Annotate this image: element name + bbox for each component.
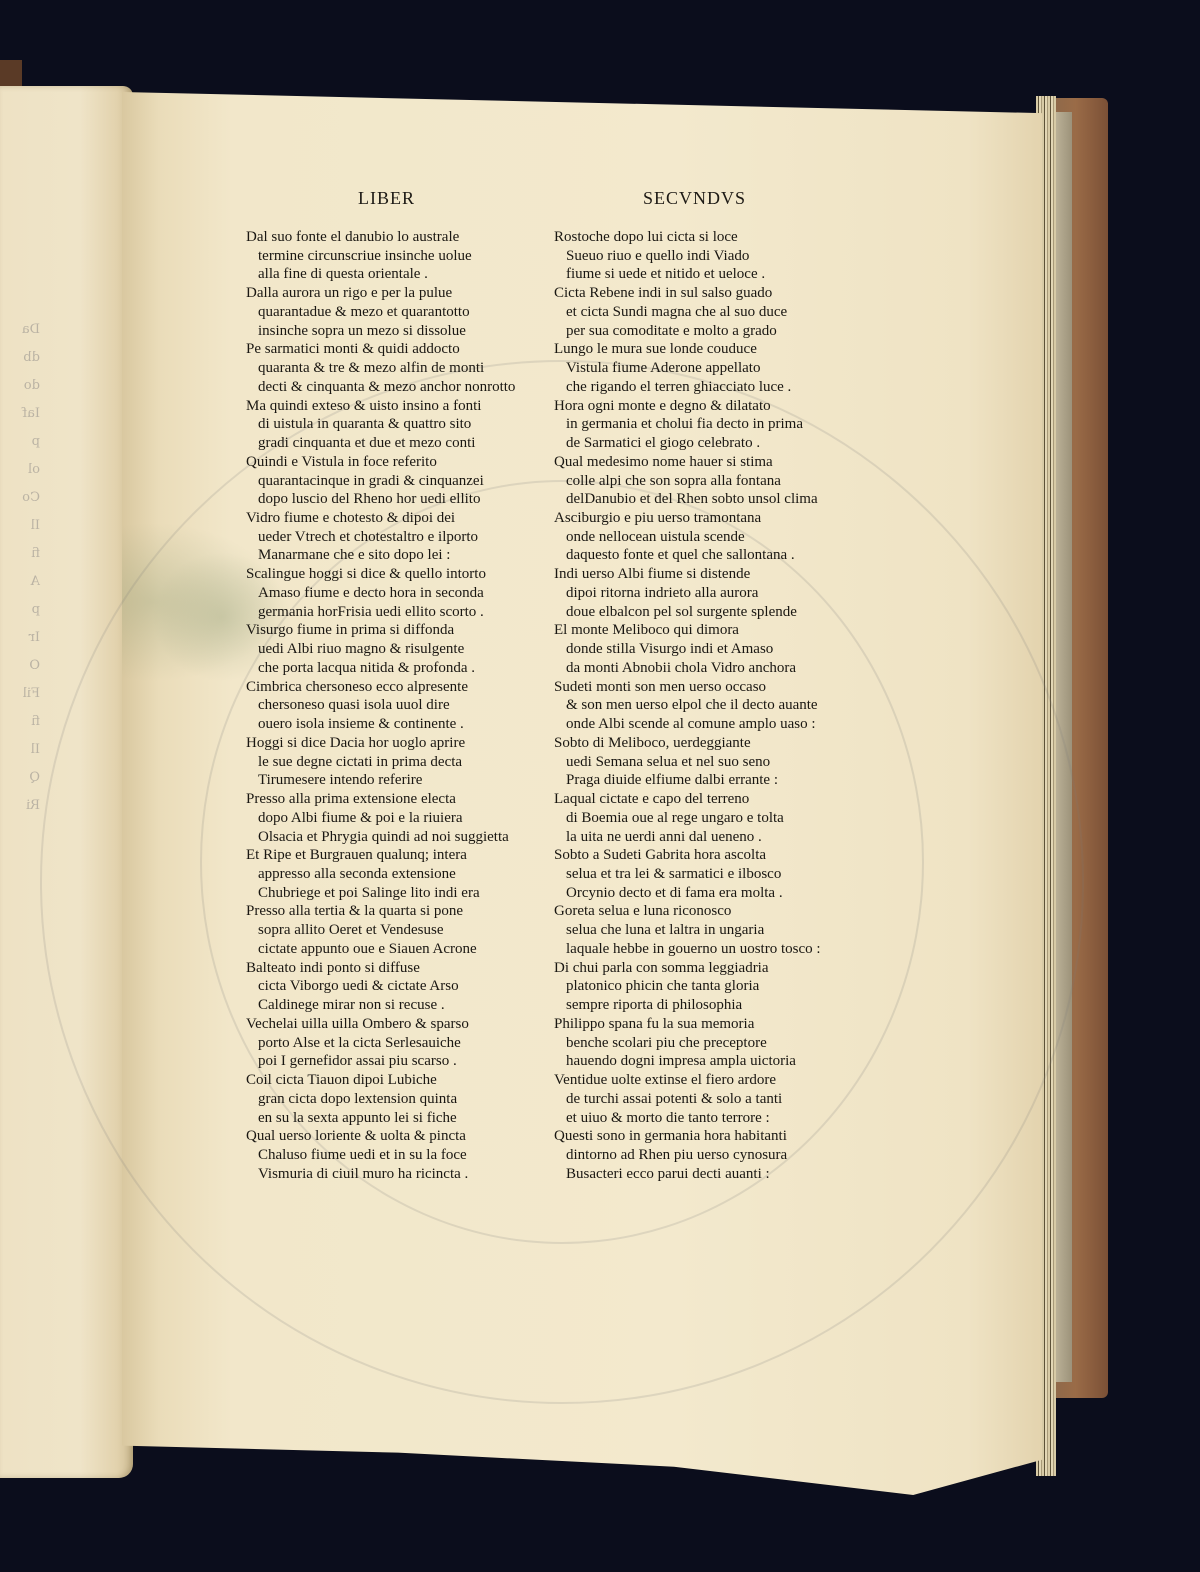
verse-line: chersoneso quasi isola uuol dire [246, 696, 536, 715]
ghost-letter: Il [0, 736, 40, 764]
ghost-letter: do [0, 372, 40, 400]
verse-line: la uita ne uerdi anni dal ueneno . [554, 828, 844, 847]
verse-line: Vismuria di ciuil muro ha ricincta . [246, 1165, 536, 1184]
ghost-letter: db [0, 344, 40, 372]
verse-line: et uiuo & morto die tanto terrore : [554, 1109, 844, 1128]
verse-line: benche scolari piu che preceptore [554, 1034, 844, 1053]
verse-line: di uistula in quaranta & quattro sito [246, 415, 536, 434]
right-cover-leather [1054, 98, 1108, 1398]
verse-line: Questi sono in germania hora habitanti [554, 1127, 844, 1146]
verse-line: doue elbalcon pel sol surgente splende [554, 603, 844, 622]
verse-line: Lungo le mura sue londe couduce [554, 340, 844, 359]
ghost-letter: O [0, 652, 40, 680]
verse-line: Et Ripe et Burgrauen qualunq; intera [246, 846, 536, 865]
verse-line: Cimbrica chersoneso ecco alpresente [246, 678, 536, 697]
verse-line: Caldinege mirar non si recuse . [246, 996, 536, 1015]
verse-line: Dal suo fonte el danubio lo australe [246, 228, 536, 247]
text-column-right: Rostoche dopo lui cicta si loceSueuo riu… [554, 228, 844, 1183]
ghost-letter: Iaf [0, 400, 40, 428]
ghost-letter: Il [0, 512, 40, 540]
verse-line: Asciburgio e piu uerso tramontana [554, 509, 844, 528]
left-page: DadbdoIafpolCoIlfiApIrOFilfiIlQRi [0, 86, 133, 1478]
verse-line: donde stilla Visurgo indi et Amaso [554, 640, 844, 659]
ghost-letter: fi [0, 708, 40, 736]
verse-line: termine circunscriue insinche uolue [246, 247, 536, 266]
verse-line: poi I gernefidor assai piu scarso . [246, 1052, 536, 1071]
verse-line: colle alpi che son sopra alla fontana [554, 472, 844, 491]
verse-line: per sua comoditate e molto a grado [554, 322, 844, 341]
verse-line: gran cicta dopo lextension quinta [246, 1090, 536, 1109]
verse-line: Philippo spana fu la sua memoria [554, 1015, 844, 1034]
verse-line: insinche sopra un mezo si dissolue [246, 322, 536, 341]
verse-line: le sue degne cictati in prima decta [246, 753, 536, 772]
verse-line: Sueuo riuo e quello indi Viado [554, 247, 844, 266]
verse-line: quaranta & tre & mezo alfin de monti [246, 359, 536, 378]
verse-line: Balteato indi ponto si diffuse [246, 959, 536, 978]
verse-line: di Boemia oue al rege ungaro e tolta [554, 809, 844, 828]
verse-line: Visurgo fiume in prima si diffonda [246, 621, 536, 640]
verse-line: ueder Vtrech et chotestaltro e ilporto [246, 528, 536, 547]
verse-line: Vistula fiume Aderone appellato [554, 359, 844, 378]
verse-line: Ventidue uolte extinse el fiero ardore [554, 1071, 844, 1090]
verse-line: sopra allito Oeret et Vendesuse [246, 921, 536, 940]
verse-line: Dalla aurora un rigo e per la pulue [246, 284, 536, 303]
verse-line: Busacteri ecco parui decti auanti : [554, 1165, 844, 1184]
verse-line: dipoi ritorna indrieto alla aurora [554, 584, 844, 603]
ghost-letter: p [0, 596, 40, 624]
verse-line: de Sarmatici el giogo celebrato . [554, 434, 844, 453]
verse-line: porto Alse et la cicta Serlesauiche [246, 1034, 536, 1053]
verse-line: & son men uerso elpol che il decto auant… [554, 696, 844, 715]
verse-line: uedi Albi riuo magno & risulgente [246, 640, 536, 659]
verse-line: Tirumesere intendo referire [246, 771, 536, 790]
verse-line: Chaluso fiume uedi et in su la foce [246, 1146, 536, 1165]
verse-line: Sobto a Sudeti Gabrita hora ascolta [554, 846, 844, 865]
verse-line: delDanubio et del Rhen sobto unsol clima [554, 490, 844, 509]
ghost-letter: Ri [0, 792, 40, 820]
verse-line: quarantadue & mezo et quarantotto [246, 303, 536, 322]
ghost-letter: A [0, 568, 40, 596]
verse-line: alla fine di questa orientale . [246, 265, 536, 284]
verse-line: Orcynio decto et di fama era molta . [554, 884, 844, 903]
verse-line: dopo luscio del Rheno hor uedi ellito [246, 490, 536, 509]
verse-line: Vechelai uilla uilla Ombero & sparso [246, 1015, 536, 1034]
verse-line: Pe sarmatici monti & quidi addocto [246, 340, 536, 359]
verse-line: Ma quindi exteso & uisto insino a fonti [246, 397, 536, 416]
verse-line: Qual medesimo nome hauer si stima [554, 453, 844, 472]
verse-line: platonico phicin che tanta gloria [554, 977, 844, 996]
verse-line: onde Albi scende al comune amplo uaso : [554, 715, 844, 734]
verse-line: decti & cinquanta & mezo anchor nonrotto [246, 378, 536, 397]
verse-line: Olsacia et Phrygia quindi ad noi suggiet… [246, 828, 536, 847]
ghost-letter: Ir [0, 624, 40, 652]
verse-line: laquale hebbe in gouerno un uostro tosco… [554, 940, 844, 959]
verse-line: hauendo dogni impresa ampla uictoria [554, 1052, 844, 1071]
verse-line: selua che luna et laltra in ungaria [554, 921, 844, 940]
ghost-letter: p [0, 428, 40, 456]
verse-line: da monti Abnobii chola Vidro anchora [554, 659, 844, 678]
verse-line: Cicta Rebene indi in sul salso guado [554, 284, 844, 303]
verse-line: sempre riporta di philosophia [554, 996, 844, 1015]
ghost-letter: fi [0, 540, 40, 568]
left-page-show-through-text: DadbdoIafpolCoIlfiApIrOFilfiIlQRi [0, 316, 40, 820]
verse-line: en su la sexta appunto lei si fiche [246, 1109, 536, 1128]
text-column-left: Dal suo fonte el danubio lo australeterm… [246, 228, 536, 1183]
verse-line: fiume si uede et nitido et ueloce . [554, 265, 844, 284]
verse-line: de turchi assai potenti & solo a tanti [554, 1090, 844, 1109]
verse-line: Amaso fiume e decto hora in seconda [246, 584, 536, 603]
ghost-letter: ol [0, 456, 40, 484]
verse-line: Hoggi si dice Dacia hor uoglo aprire [246, 734, 536, 753]
verse-line: Sobto di Meliboco, uerdeggiante [554, 734, 844, 753]
ghost-letter: Da [0, 316, 40, 344]
ghost-letter: Fil [0, 680, 40, 708]
running-head-right: SECVNDVS [643, 188, 746, 209]
running-head-left: LIBER [358, 188, 415, 209]
verse-line: cictate appunto oue e Siauen Acrone [246, 940, 536, 959]
verse-line: Coil cicta Tiauon dipoi Lubiche [246, 1071, 536, 1090]
verse-line: onde nellocean uistula scende [554, 528, 844, 547]
verse-line: in germania et cholui fia decto in prima [554, 415, 844, 434]
verse-line: selua et tra lei & sarmatici e ilbosco [554, 865, 844, 884]
verse-line: che rigando el terren ghiacciato luce . [554, 378, 844, 397]
verse-line: Qual uerso loriente & uolta & pincta [246, 1127, 536, 1146]
verse-line: ouero isola insieme & continente . [246, 715, 536, 734]
verse-line: Vidro fiume e chotesto & dipoi dei [246, 509, 536, 528]
verse-line: germania horFrisia uedi ellito scorto . [246, 603, 536, 622]
verse-line: Hora ogni monte e degno & dilatato [554, 397, 844, 416]
verse-line: dintorno ad Rhen piu uerso cynosura [554, 1146, 844, 1165]
verse-line: Sudeti monti son men uerso occaso [554, 678, 844, 697]
verse-line: El monte Meliboco qui dimora [554, 621, 844, 640]
verse-line: Rostoche dopo lui cicta si loce [554, 228, 844, 247]
verse-line: Manarmane che e sito dopo lei : [246, 546, 536, 565]
verse-line: uedi Semana selua et nel suo seno [554, 753, 844, 772]
cover-inner-board [1054, 112, 1072, 1382]
ghost-letter: Q [0, 764, 40, 792]
verse-line: Praga diuide elfiume dalbi errante : [554, 771, 844, 790]
verse-line: Goreta selua e luna riconosco [554, 902, 844, 921]
verse-line: Quindi e Vistula in foce referito [246, 453, 536, 472]
verse-line: Chubriege et poi Salinge lito indi era [246, 884, 536, 903]
verse-line: cicta Viborgo uedi & cictate Arso [246, 977, 536, 996]
verse-line: Di chui parla con somma leggiadria [554, 959, 844, 978]
verse-line: Scalingue hoggi si dice & quello intorto [246, 565, 536, 584]
verse-line: Presso alla tertia & la quarta si pone [246, 902, 536, 921]
verse-line: gradi cinquanta et due et mezo conti [246, 434, 536, 453]
verse-line: che porta lacqua nitida & profonda . [246, 659, 536, 678]
verse-line: Presso alla prima extensione electa [246, 790, 536, 809]
verse-line: dopo Albi fiume & poi e la riuiera [246, 809, 536, 828]
verse-line: appresso alla seconda extensione [246, 865, 536, 884]
ghost-letter: Co [0, 484, 40, 512]
verse-line: et cicta Sundi magna che al suo duce [554, 303, 844, 322]
verse-line: quarantacinque in gradi & cinquanzei [246, 472, 536, 491]
verse-line: Indi uerso Albi fiume si distende [554, 565, 844, 584]
verse-line: Laqual cictate e capo del terreno [554, 790, 844, 809]
verse-line: daquesto fonte et quel che sallontana . [554, 546, 844, 565]
